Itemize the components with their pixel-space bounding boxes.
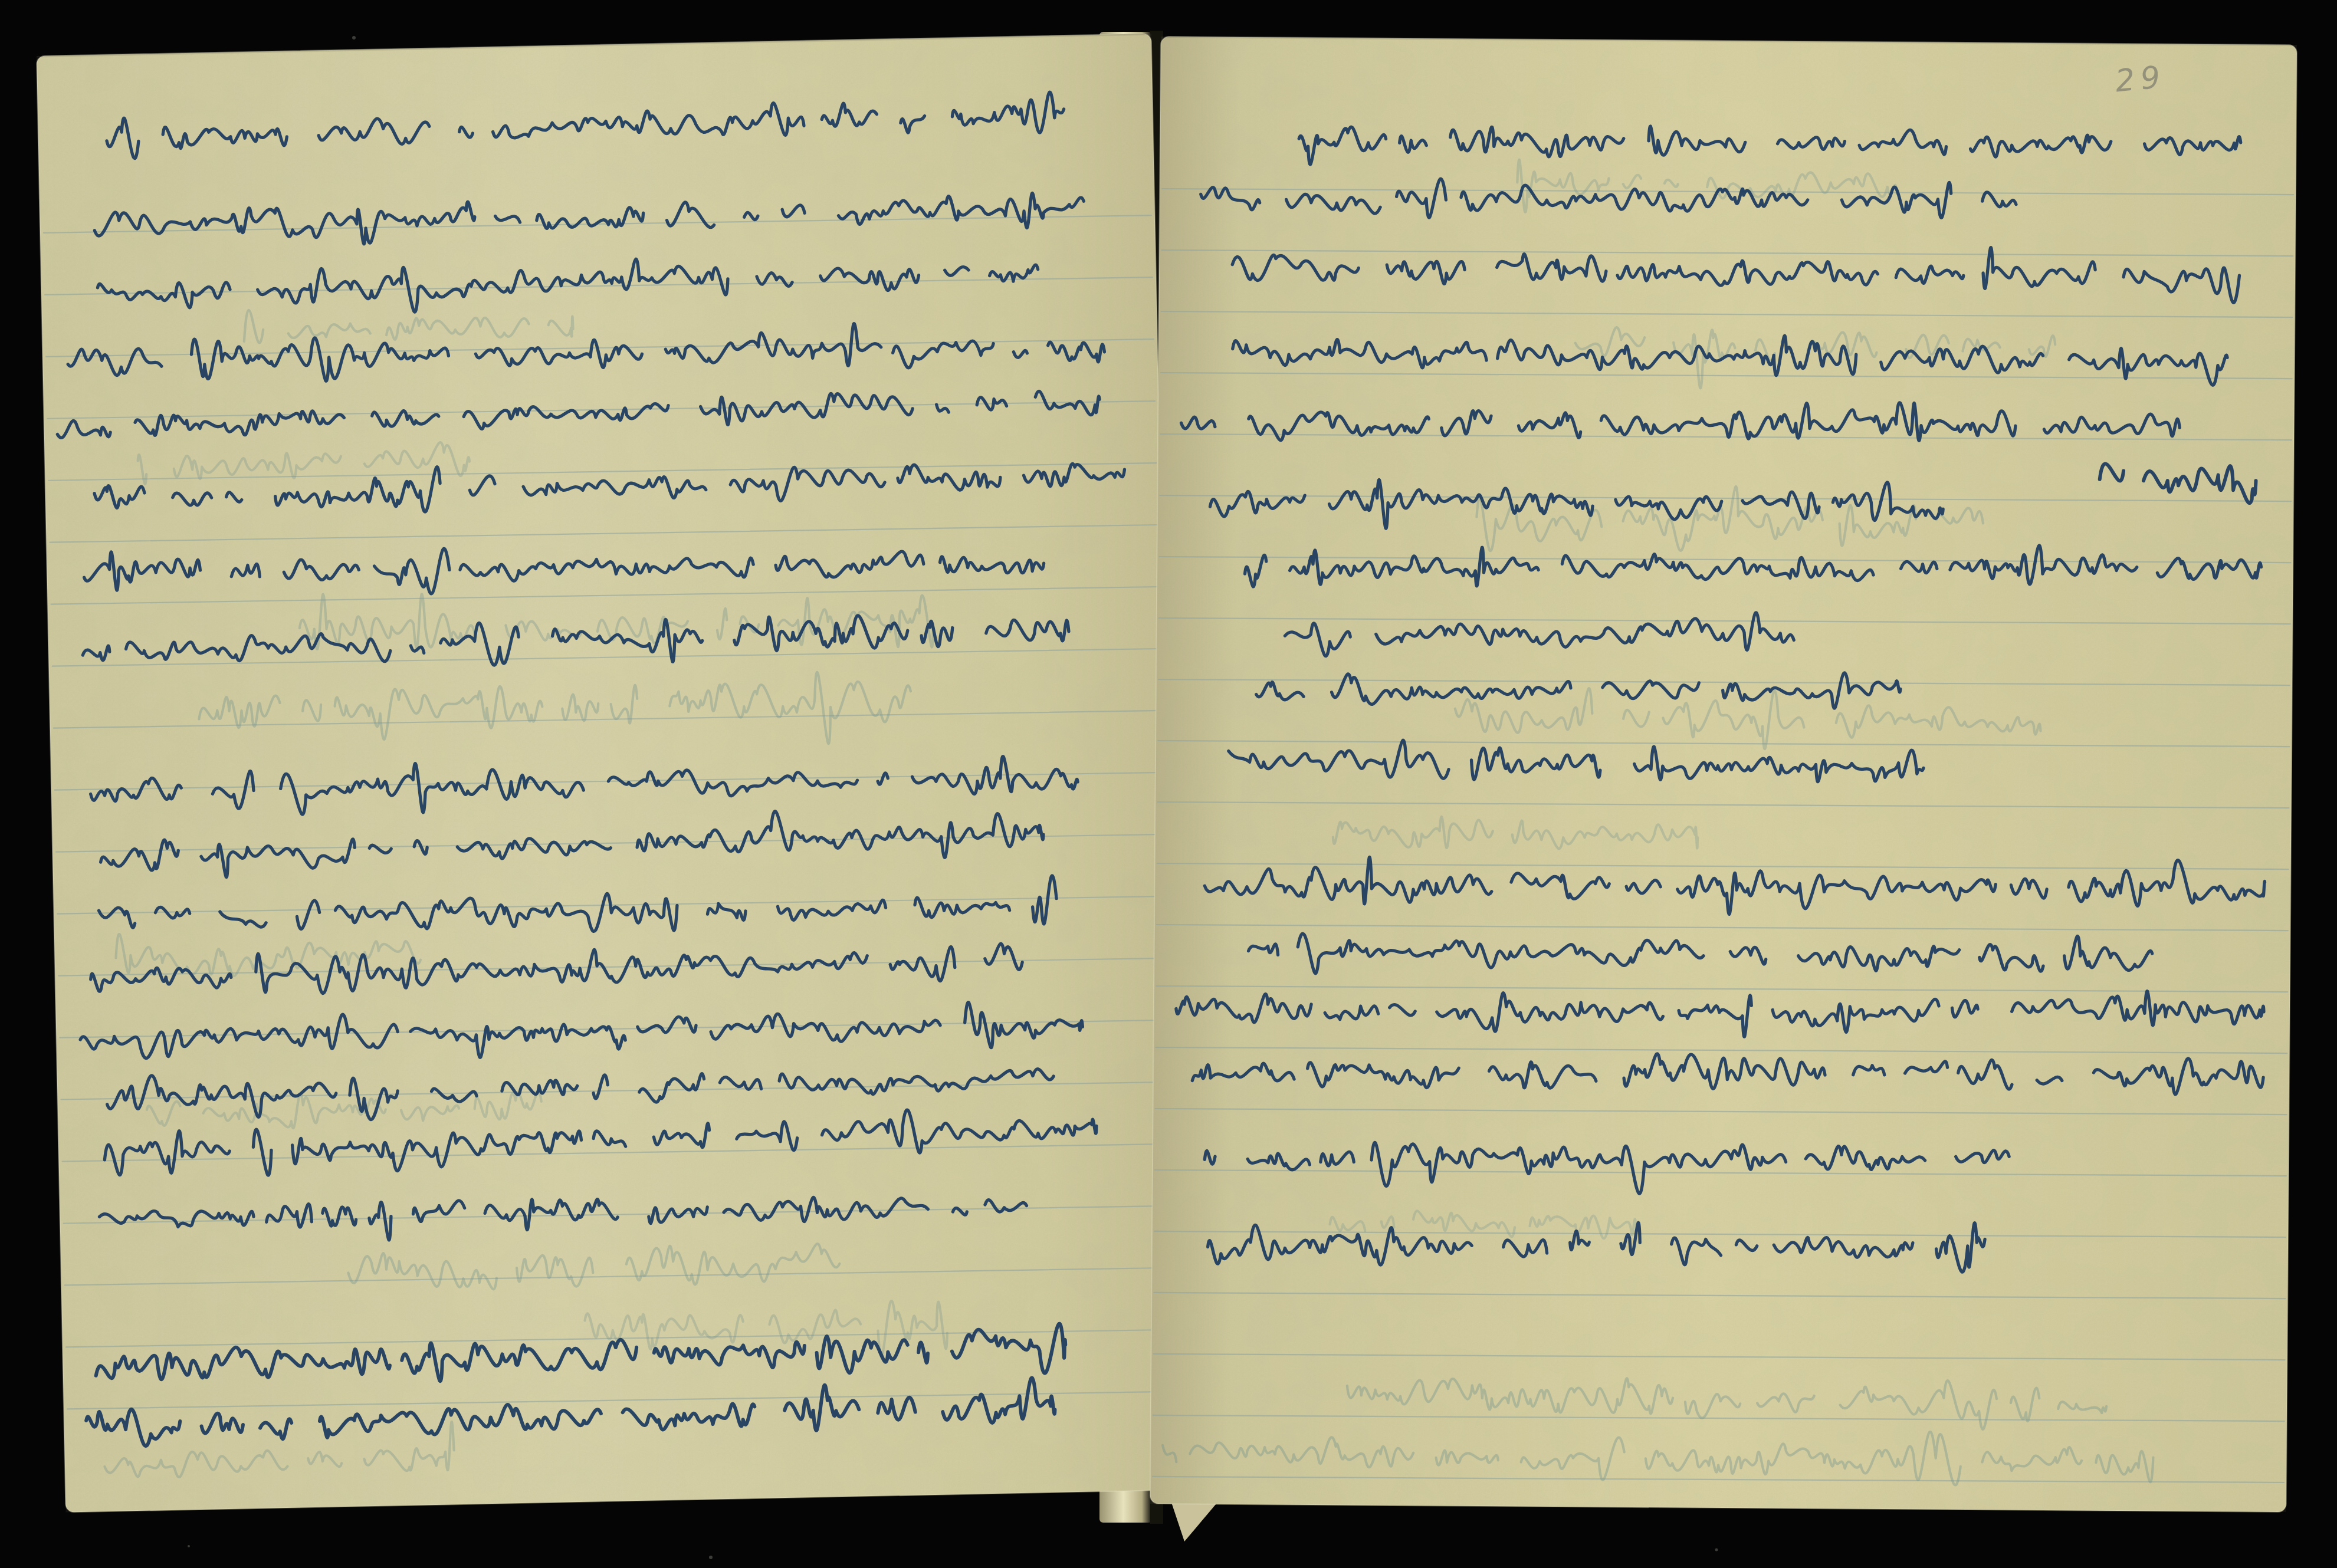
scan-stage: 29 [0,0,2337,1568]
right-page-grain [1150,37,2297,1512]
page-number: 29 [2113,59,2168,99]
right-page: 29 [1150,37,2297,1512]
left-page [37,34,1180,1512]
left-page-grain [37,34,1180,1512]
notebook-scan-image: 29 [0,0,2337,1568]
